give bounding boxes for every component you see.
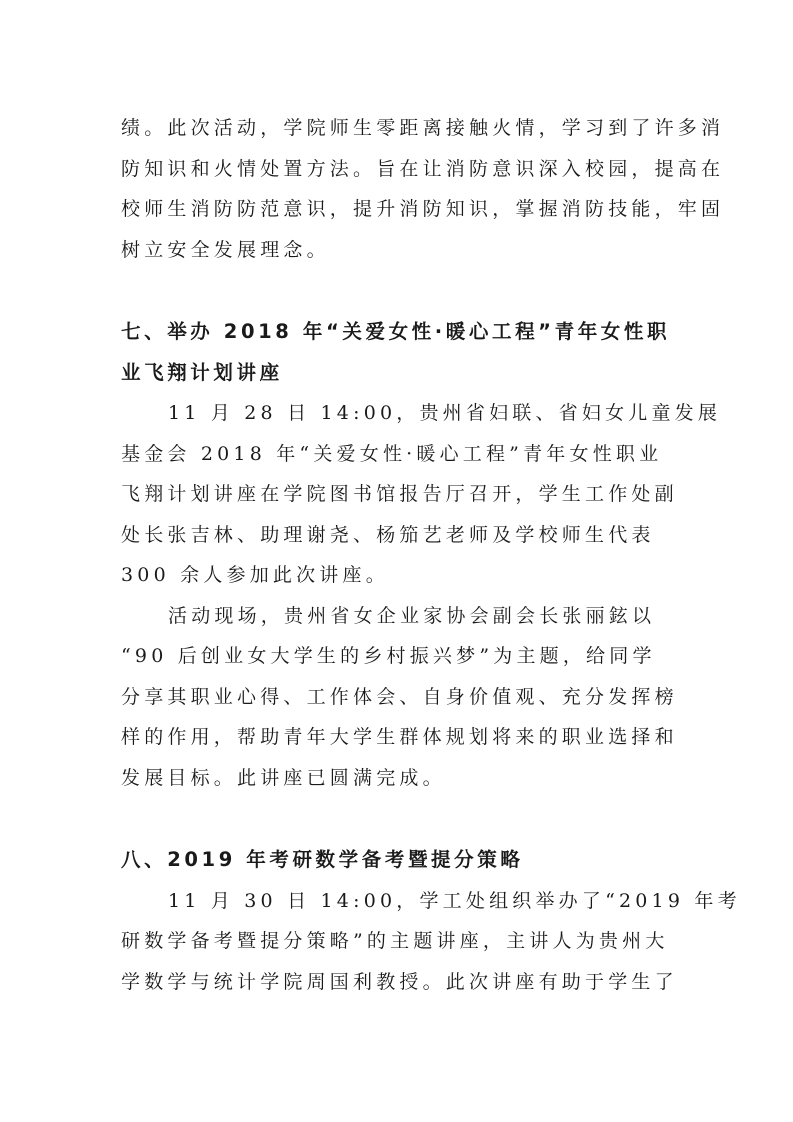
text-line: 样的作用，帮助青年大学生群体规划将来的职业选择和 bbox=[121, 717, 681, 758]
section-8-heading: 八、2019 年考研数学备考暨提分策略 bbox=[121, 840, 681, 881]
text-line: 300 余人参加此次讲座。 bbox=[121, 555, 681, 596]
text-line: 基金会 2018 年“关爱女性·暖心工程”青年女性职业 bbox=[121, 434, 681, 475]
heading-line: 八、2019 年考研数学备考暨提分策略 bbox=[121, 840, 681, 881]
section-7-heading: 七、举办 2018 年“关爱女性·暖心工程”青年女性职 业飞翔计划讲座 bbox=[121, 312, 681, 393]
text-line: 研数学备考暨提分策略”的主题讲座，主讲人为贵州大 bbox=[121, 921, 681, 962]
section-spacer bbox=[121, 270, 681, 312]
heading-line: 业飞翔计划讲座 bbox=[121, 353, 681, 394]
text-line: 发展目标。此讲座已圆满完成。 bbox=[121, 758, 681, 799]
text-line: 树立安全发展理念。 bbox=[121, 230, 681, 271]
text-line: 处长张吉林、助理谢尧、杨笳艺老师及学校师生代表 bbox=[121, 515, 681, 556]
text-line: 分享其职业心得、工作体会、自身价值观、充分发挥榜 bbox=[121, 677, 681, 718]
continuation-paragraph: 绩。此次活动，学院师生零距离接触火情，学习到了许多消 防知识和火情处置方法。旨在… bbox=[121, 108, 681, 270]
section-spacer bbox=[121, 798, 681, 840]
text-line: 活动现场，贵州省女企业家协会副会长张丽鉉以 bbox=[121, 596, 681, 637]
text-line: 防知识和火情处置方法。旨在让消防意识深入校园，提高在 bbox=[121, 149, 681, 190]
text-line: “90 后创业女大学生的乡村振兴梦”为主题，给同学 bbox=[121, 636, 681, 677]
text-line: 绩。此次活动，学院师生零距离接触火情，学习到了许多消 bbox=[121, 108, 681, 149]
document-page: 绩。此次活动，学院师生零距离接触火情，学习到了许多消 防知识和火情处置方法。旨在… bbox=[121, 108, 681, 1002]
section-7-paragraph-2: 活动现场，贵州省女企业家协会副会长张丽鉉以 “90 后创业女大学生的乡村振兴梦”… bbox=[121, 596, 681, 799]
section-8-paragraph-1: 11 月 30 日 14:00，学工处组织举办了“2019 年考 研数学备考暨提… bbox=[121, 881, 681, 1003]
heading-line: 七、举办 2018 年“关爱女性·暖心工程”青年女性职 bbox=[121, 312, 681, 353]
section-7-paragraph-1: 11 月 28 日 14:00，贵州省妇联、省妇女儿童发展 基金会 2018 年… bbox=[121, 393, 681, 596]
text-line: 校师生消防防范意识，提升消防知识，掌握消防技能，牢固 bbox=[121, 189, 681, 230]
text-line: 学数学与统计学院周国利教授。此次讲座有助于学生了 bbox=[121, 962, 681, 1003]
text-line: 飞翔计划讲座在学院图书馆报告厅召开，学生工作处副 bbox=[121, 474, 681, 515]
text-line: 11 月 28 日 14:00，贵州省妇联、省妇女儿童发展 bbox=[121, 393, 681, 434]
text-line: 11 月 30 日 14:00，学工处组织举办了“2019 年考 bbox=[121, 881, 681, 922]
